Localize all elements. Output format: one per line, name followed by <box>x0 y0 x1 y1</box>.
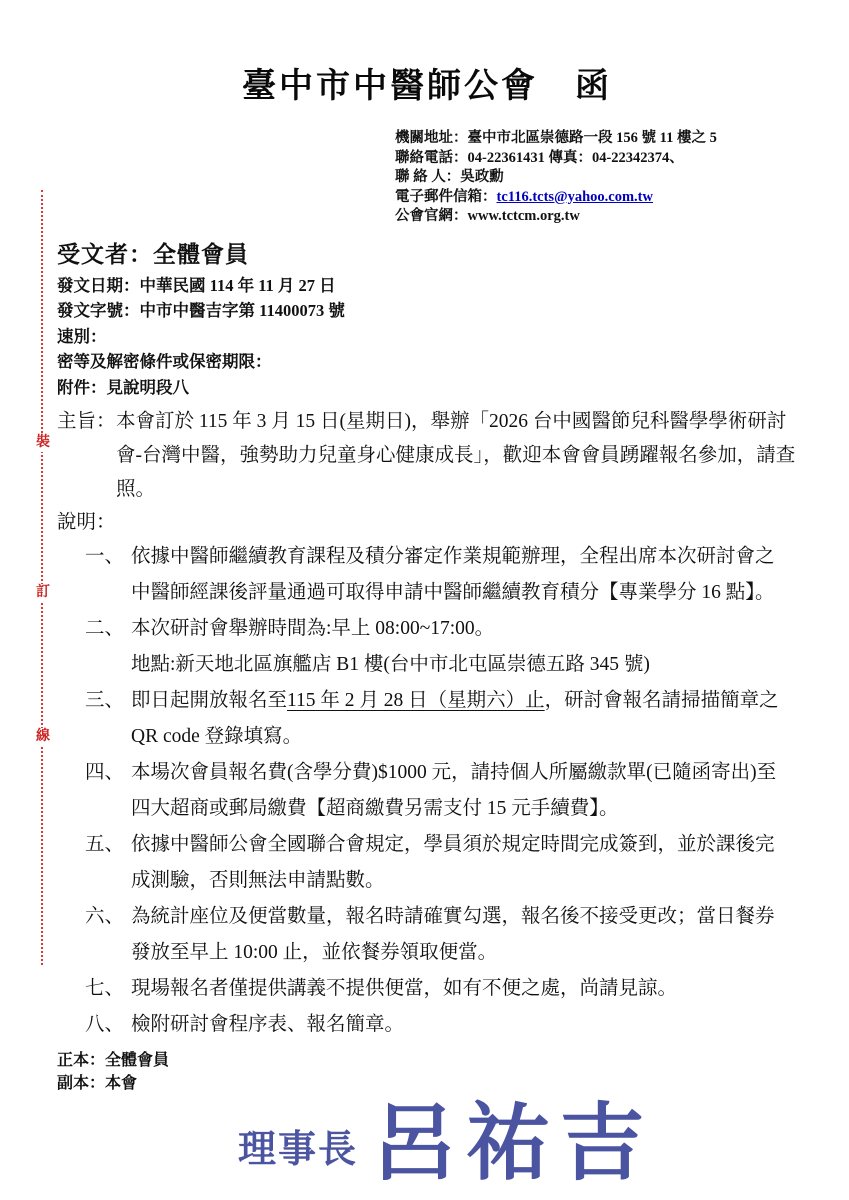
item-3-prefix: 即日起開放報名至 <box>131 690 287 711</box>
list-item-2: 二、 本次研討會舉辦時間為:早上 08:00~17:00。 地點:新天地北區旗艦… <box>85 611 797 683</box>
chairman-title: 理事長 <box>238 1118 358 1173</box>
item-text: 即日起開放報名至115 年 2 月 28 日（星期六）止，研討會報名請掃描簡章之… <box>131 683 791 755</box>
meta-block: 發文日期：中華民國 114 年 11 月 27 日 發文字號：中市中醫吉字第 1… <box>57 273 797 401</box>
org-address: 機關地址：臺中市北區崇德路一段 156 號 11 樓之 5 <box>395 129 797 149</box>
item-3-deadline-underlined: 115 年 2 月 28 日（星期六）止 <box>287 690 545 711</box>
org-website: 公會官網：www.tctcm.org.tw <box>395 207 797 227</box>
issue-date: 發文日期：中華民國 114 年 11 月 27 日 <box>57 273 797 299</box>
item-text: 本次研討會舉辦時間為:早上 08:00~17:00。 地點:新天地北區旗艦店 B… <box>131 611 791 683</box>
org-email-line: 電子郵件信箱：tc116.tcts@yahoo.com.tw <box>395 188 797 208</box>
subject-label: 主旨： <box>57 405 116 507</box>
item-text: 現場報名者僅提供講義不提供便當，如有不便之處，尚請見諒。 <box>131 971 791 1007</box>
copies-block: 正本：全體會員 副本：本會 <box>57 1049 797 1095</box>
list-item-7: 七、 現場報名者僅提供講義不提供便當，如有不便之處，尚請見諒。 <box>85 971 797 1007</box>
speed-class: 速別： <box>57 324 797 350</box>
binding-char-zhuang: 裝 <box>34 434 52 452</box>
item-number: 二、 <box>85 611 131 683</box>
item-2-time-line: 本次研討會舉辦時間為:早上 08:00~17:00。 <box>131 611 791 647</box>
list-item-5: 五、 依據中醫師公會全國聯合會規定，學員須於規定時間完成簽到，並於課後完成測驗，… <box>85 827 797 899</box>
document-page: 裝 訂 線 臺中市中醫師公會 函 機關地址：臺中市北區崇德路一段 156 號 1… <box>0 0 849 1200</box>
list-item-6: 六、 為統計座位及便當數量，報名時請確實勾選，報名後不接受更改；當日餐券發放至早… <box>85 899 797 971</box>
item-number: 八、 <box>85 1007 131 1043</box>
attachment-note: 附件：見說明段八 <box>57 375 797 401</box>
item-number: 五、 <box>85 827 131 899</box>
item-text: 依據中醫師繼續教育課程及積分審定作業規範辦理，全程出席本次研討會之中醫師經課後評… <box>131 539 791 611</box>
item-text: 本場次會員報名費(含學分費)$1000 元，請持個人所屬繳款單(已隨函寄出)至四… <box>131 755 791 827</box>
binding-char-ding: 訂 <box>34 584 52 602</box>
org-phone-fax: 聯絡電話：04-22361431 傳真：04-22342374、 <box>395 149 797 169</box>
document-body: 臺中市中醫師公會 函 機關地址：臺中市北區崇德路一段 156 號 11 樓之 5… <box>0 0 849 1193</box>
item-number: 一、 <box>85 539 131 611</box>
item-number: 七、 <box>85 971 131 1007</box>
email-link[interactable]: tc116.tcts@yahoo.com.tw <box>497 189 653 205</box>
issue-number: 發文字號：中市中醫吉字第 11400073 號 <box>57 298 797 324</box>
item-text: 檢附研討會程序表、報名簡章。 <box>131 1007 791 1043</box>
item-2-location-line: 地點:新天地北區旗艦店 B1 樓(台中市北屯區崇德五路 345 號) <box>131 647 791 683</box>
subject-text: 本會訂於 115 年 3 月 15 日(星期日)，舉辦「2026 台中國醫節兒科… <box>116 405 797 507</box>
list-item-8: 八、 檢附研討會程序表、報名簡章。 <box>85 1007 797 1043</box>
org-contact-person: 聯 絡 人：吳政勳 <box>395 168 797 188</box>
document-title: 臺中市中醫師公會 函 <box>57 58 797 107</box>
list-item-4: 四、 本場次會員報名費(含學分費)$1000 元，請持個人所屬繳款單(已隨函寄出… <box>85 755 797 827</box>
explanation-list: 一、 依據中醫師繼續教育課程及積分審定作業規範辦理，全程出席本次研討會之中醫師經… <box>85 539 797 1043</box>
subject-section: 主旨： 本會訂於 115 年 3 月 15 日(星期日)，舉辦「2026 台中國… <box>57 405 797 507</box>
org-email-label: 電子郵件信箱： <box>395 189 497 205</box>
secrecy-class: 密等及解密條件或保密期限： <box>57 349 797 375</box>
item-number: 四、 <box>85 755 131 827</box>
duplicate-copy-line: 副本：本會 <box>57 1072 797 1095</box>
item-number: 三、 <box>85 683 131 755</box>
explanation-label: 說明： <box>57 507 797 539</box>
item-number: 六、 <box>85 899 131 971</box>
org-info-block: 機關地址：臺中市北區崇德路一段 156 號 11 樓之 5 聯絡電話：04-22… <box>395 129 797 227</box>
list-item-1: 一、 依據中醫師繼續教育課程及積分審定作業規範辦理，全程出席本次研討會之中醫師經… <box>85 539 797 611</box>
item-text: 為統計座位及便當數量，報名時請確實勾選，報名後不接受更改；當日餐券發放至早上 1… <box>131 899 791 971</box>
item-text: 依據中醫師公會全國聯合會規定，學員須於規定時間完成簽到，並於課後完成測驗，否則無… <box>131 827 791 899</box>
original-copy-line: 正本：全體會員 <box>57 1049 797 1072</box>
binding-line: 裝 訂 線 <box>41 190 43 965</box>
chairman-name: 呂祐吉 <box>372 1097 654 1193</box>
binding-char-xian: 線 <box>34 728 52 746</box>
recipient-line: 受文者：全體會員 <box>57 236 797 269</box>
signature-block: 理事長 呂祐吉 <box>238 1097 797 1193</box>
list-item-3: 三、 即日起開放報名至115 年 2 月 28 日（星期六）止，研討會報名請掃描… <box>85 683 797 755</box>
